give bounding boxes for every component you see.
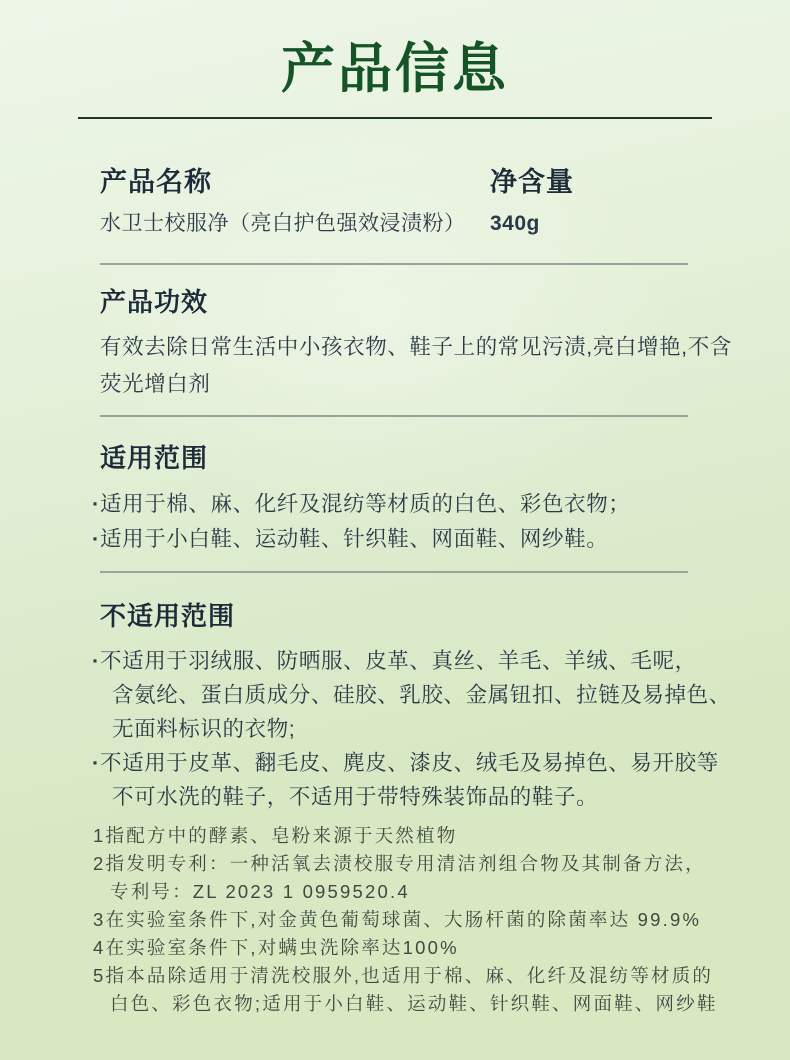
list-item-text: 适用于棉、麻、化纤及混纺等材质的白色、彩色衣物； [100, 492, 630, 516]
footnotes: 1指配方中的酵素、皂粉来源于天然植物 2指发明专利：一种活氧去渍校服专用清洁剂组… [0, 822, 790, 1018]
applicable-list: ·适用于棉、麻、化纤及混纺等材质的白色、彩色衣物； ·适用于小白鞋、运动鞋、针织… [100, 487, 790, 557]
list-item-continuation: 不可水洗的鞋子，不适用于带特殊装饰品的鞋子。 [100, 780, 790, 814]
bullet-marker: · [92, 644, 100, 678]
efficacy-heading: 产品功效 [100, 287, 790, 319]
footnote-line: 1指配方中的酵素、皂粉来源于天然植物 [93, 822, 790, 850]
product-name-value: 水卫士校服净（亮白护色强效浸渍粉） [100, 210, 490, 238]
list-item: ·适用于小白鞋、运动鞋、针织鞋、网面鞋、网纱鞋。 [92, 522, 790, 557]
list-item: ·适用于棉、麻、化纤及混纺等材质的白色、彩色衣物； [92, 487, 790, 522]
footnote-line-continuation: 专利号：ZL 2023 1 0959520.4 [93, 878, 790, 906]
efficacy-line: 有效去除日常生活中小孩衣物、鞋子上的常见污渍,亮白增艳,不含 [100, 329, 790, 366]
list-item: ·不适用于皮革、翻毛皮、麂皮、漆皮、绒毛及易掉色、易开胶等 [92, 746, 790, 780]
not-applicable-list: ·不适用于羽绒服、防晒服、皮革、真丝、羊毛、羊绒、毛呢， 含氨纶、蛋白质成分、硅… [100, 644, 790, 814]
footnote-line: 4在实验室条件下,对螨虫洗除率达100% [93, 934, 790, 962]
footnote-line: 2指发明专利：一种活氧去渍校服专用清洁剂组合物及其制备方法， [93, 850, 790, 878]
list-item-continuation: 含氨纶、蛋白质成分、硅胶、乳胶、金属钮扣、拉链及易掉色、 [100, 678, 790, 712]
product-name-section: 产品名称 水卫士校服净（亮白护色强效浸渍粉） 净含量 340g [0, 119, 790, 238]
list-item: ·不适用于羽绒服、防晒服、皮革、真丝、羊毛、羊绒、毛呢， [92, 644, 790, 678]
footnote-line: 5指本品除适用于清洗校服外,也适用于棉、麻、化纤及混纺等材质的 [93, 962, 790, 990]
applicable-section: 适用范围 ·适用于棉、麻、化纤及混纺等材质的白色、彩色衣物； ·适用于小白鞋、运… [0, 417, 790, 557]
footnote-line: 3在实验室条件下,对金黄色葡萄球菌、大肠杆菌的除菌率达 99.9% [93, 906, 790, 934]
product-name-column: 产品名称 水卫士校服净（亮白护色强效浸渍粉） [100, 166, 490, 238]
net-content-column: 净含量 340g [490, 166, 790, 238]
footnote-line-continuation: 白色、彩色衣物;适用于小白鞋、运动鞋、针织鞋、网面鞋、网纱鞋 [93, 990, 790, 1018]
product-info-panel: 产品信息 产品名称 水卫士校服净（亮白护色强效浸渍粉） 净含量 340g 产品功… [0, 0, 790, 1060]
bullet-marker: · [92, 522, 100, 557]
product-name-label: 产品名称 [100, 166, 490, 199]
efficacy-body: 有效去除日常生活中小孩衣物、鞋子上的常见污渍,亮白增艳,不含 荧光增白剂 [100, 329, 790, 403]
efficacy-line: 荧光增白剂 [100, 366, 790, 403]
applicable-heading: 适用范围 [100, 443, 790, 475]
net-content-label: 净含量 [490, 166, 790, 199]
page-title: 产品信息 [0, 0, 790, 102]
net-content-value: 340g [490, 210, 790, 238]
bullet-marker: · [92, 487, 100, 522]
efficacy-section: 产品功效 有效去除日常生活中小孩衣物、鞋子上的常见污渍,亮白增艳,不含 荧光增白… [0, 265, 790, 403]
list-item-continuation: 无面料标识的衣物; [100, 712, 790, 746]
list-item-text: 不适用于皮革、翻毛皮、麂皮、漆皮、绒毛及易掉色、易开胶等 [100, 751, 719, 775]
bullet-marker: · [92, 746, 100, 780]
list-item-text: 适用于小白鞋、运动鞋、针织鞋、网面鞋、网纱鞋。 [100, 527, 608, 551]
not-applicable-section: 不适用范围 ·不适用于羽绒服、防晒服、皮革、真丝、羊毛、羊绒、毛呢， 含氨纶、蛋… [0, 573, 790, 814]
not-applicable-heading: 不适用范围 [100, 601, 790, 633]
list-item-text: 不适用于羽绒服、防晒服、皮革、真丝、羊毛、羊绒、毛呢， [100, 649, 697, 673]
